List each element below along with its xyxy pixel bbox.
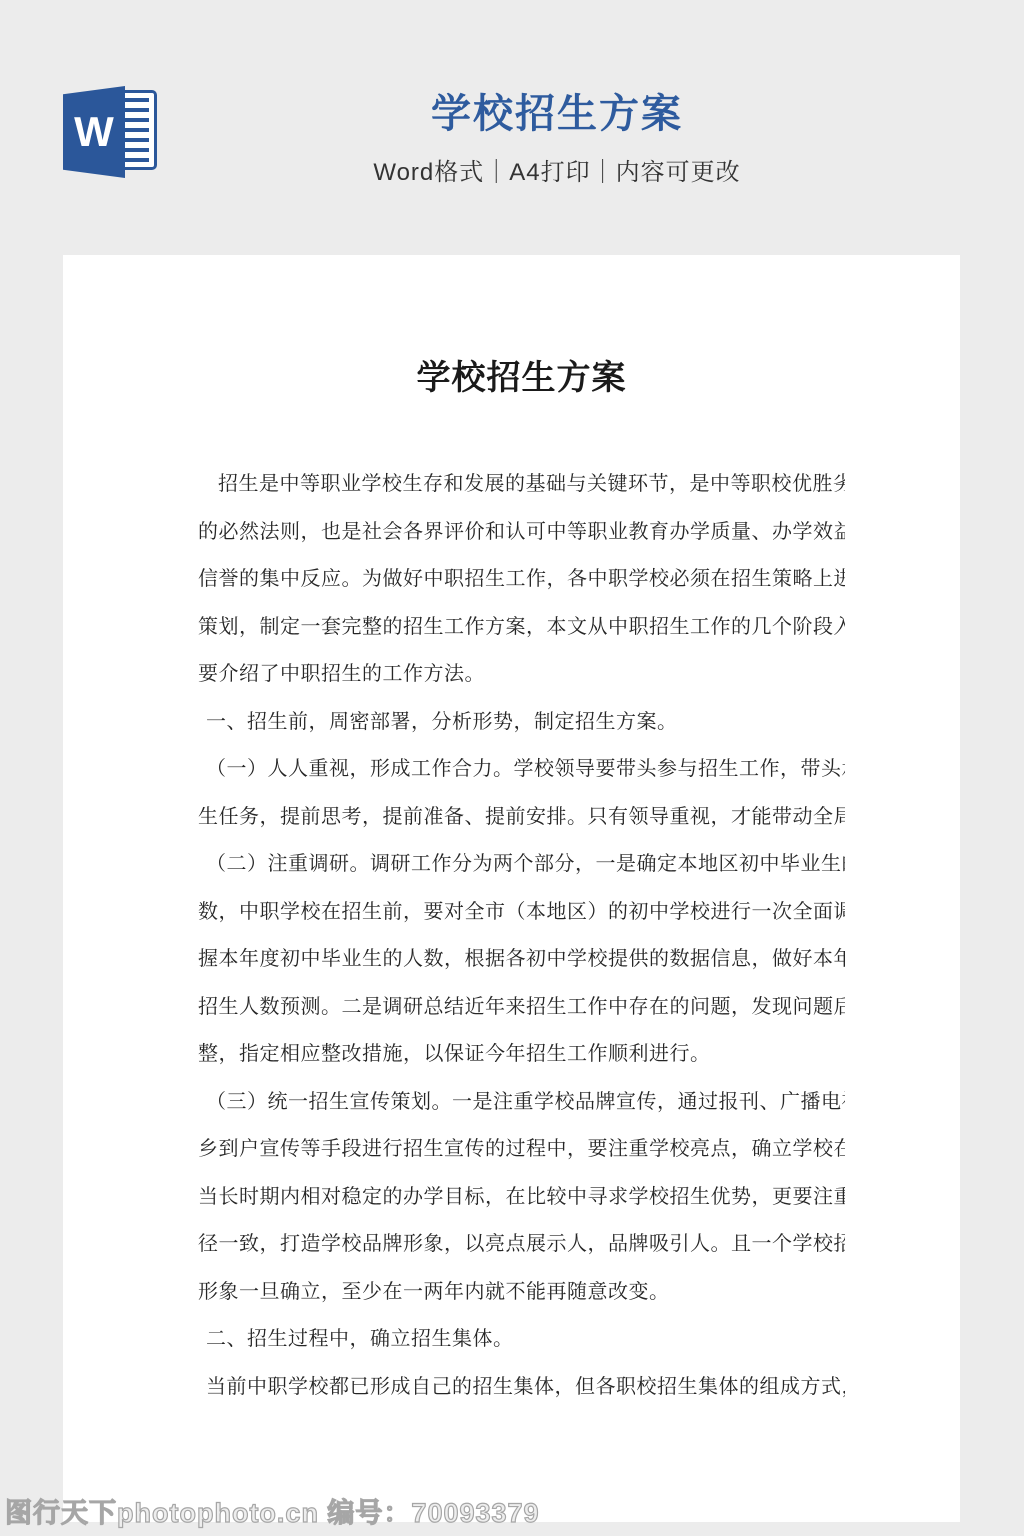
document-line: 策划，制定一套完整的招生工作方案，本文从中职招生工作的几个阶段入手，浅 [198,604,845,652]
header-title: 学校招生方案 [90,92,1024,136]
document-line: 当前中职学校都已形成自己的招生集体，但各职校招生集体的组成方式，招生 [198,1364,845,1412]
document-body: 招生是中等职业学校生存和发展的基础与关键环节，是中等职校优胜劣汰竞争的必然法则，… [198,461,845,1411]
watermark: 图行天下photophoto.cn 编号：70093379 [5,1491,540,1530]
document-line: 握本年度初中毕业生的人数，根据各初中学校提供的数据信息，做好本年度学校 [198,936,845,984]
header: W 学校招生方案 Word格式｜A4打印｜内容可更改 [0,0,1024,255]
document-line: （一）人人重视，形成工作合力。学校领导要带头参与招生工作，带头承担招 [198,746,845,794]
document-line: （三）统一招生宣传策划。一是注重学校品牌宣传，通过报刊、广播电视、下 [198,1079,845,1127]
page-background: W 学校招生方案 Word格式｜A4打印｜内容可更改 学校招生方案 招生是中等职… [0,0,1024,1536]
document-title: 学校招生方案 [198,359,845,399]
document-line: 的必然法则，也是社会各界评价和认可中等职业教育办学质量、办学效益、办学 [198,509,845,557]
document-line: 招生人数预测。二是调研总结近年来招生工作中存在的问题，发现问题后及时调 [198,984,845,1032]
document-line: （二）注重调研。调研工作分为两个部分，一是确定本地区初中毕业生的总人 [198,841,845,889]
document-line: 二、招生过程中，确立招生集体。 [198,1316,845,1364]
document-line: 形象一旦确立，至少在一两年内就不能再随意改变。 [198,1269,845,1317]
document-line: 乡到户宣传等手段进行招生宣传的过程中，要注重学校亮点，确立学校在一个相 [198,1126,845,1174]
document-line: 数，中职学校在招生前，要对全市（本地区）的初中学校进行一次全面调研，掌 [198,889,845,937]
document-line: 一、招生前，周密部署，分析形势，制定招生方案。 [198,699,845,747]
document-line: 招生是中等职业学校生存和发展的基础与关键环节，是中等职校优胜劣汰竞争 [198,461,845,509]
header-text: 学校招生方案 Word格式｜A4打印｜内容可更改 [90,92,1024,187]
header-subtitle: Word格式｜A4打印｜内容可更改 [90,152,1024,187]
document-line: 径一致，打造学校品牌形象，以亮点展示人，品牌吸引人。且一个学校招生宣传 [198,1221,845,1269]
document-line: 信誉的集中反应。为做好中职招生工作，各中职学校必须在招生策略上进行统一 [198,556,845,604]
document-line: 当长时期内相对稳定的办学目标，在比较中寻求学校招生优势，更要注重宣传口 [198,1174,845,1222]
document-line: 整，指定相应整改措施，以保证今年招生工作顺利进行。 [198,1031,845,1079]
document-line: 要介绍了中职招生的工作方法。 [198,651,845,699]
document-page: 学校招生方案 招生是中等职业学校生存和发展的基础与关键环节，是中等职校优胜劣汰竞… [63,255,960,1522]
document-line: 生任务，提前思考，提前准备、提前安排。只有领导重视，才能带动全局 [198,794,845,842]
